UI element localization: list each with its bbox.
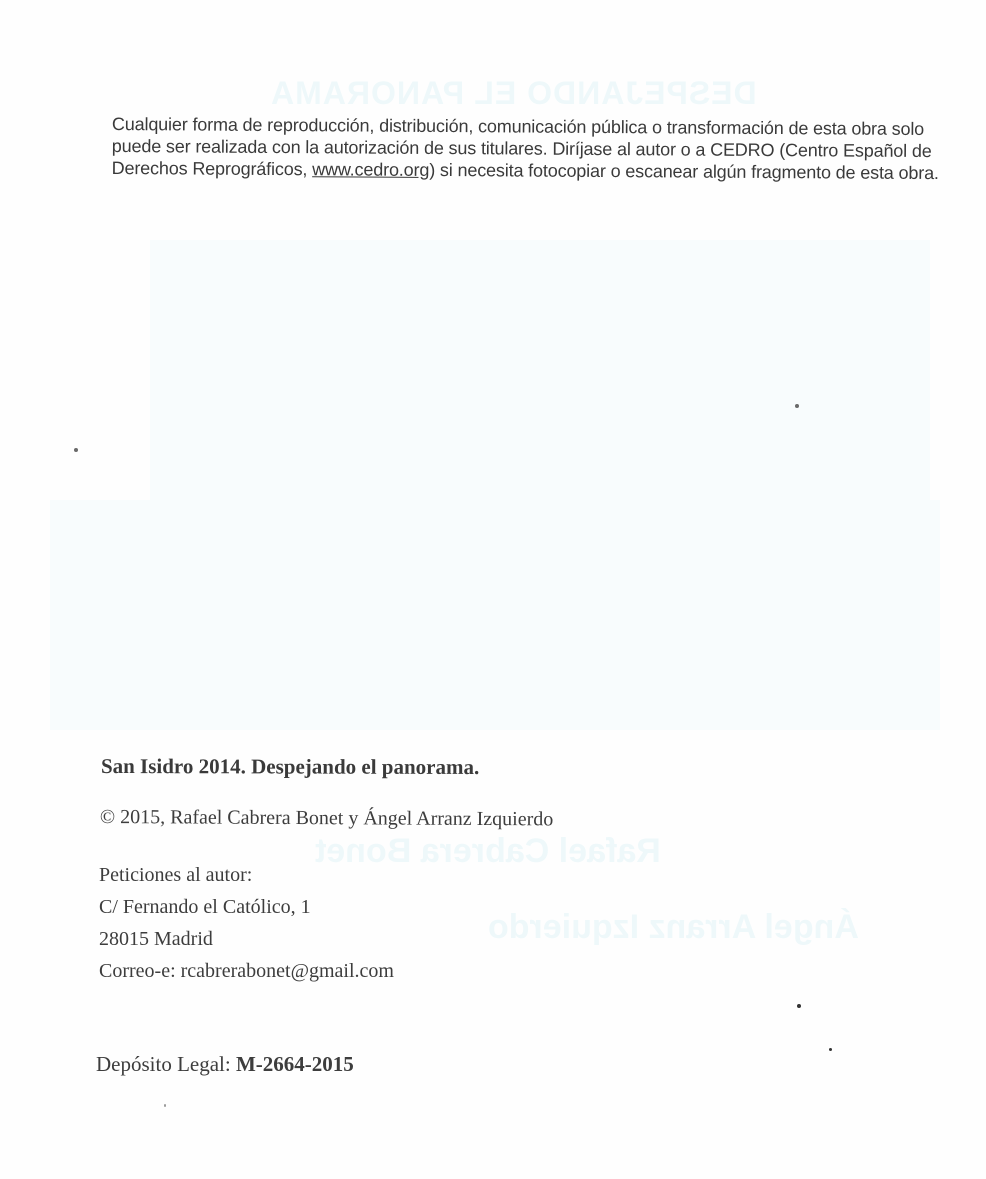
show-through-author: Ángel Arranz Izquierdo — [488, 908, 859, 947]
scan-speck — [795, 404, 799, 408]
email-address[interactable]: rcabrerabonet@gmail.com — [181, 960, 394, 982]
scan-speck — [164, 1104, 166, 1107]
show-through-title: DESPEJANDO EL PANORAMA — [270, 75, 757, 112]
legal-deposit-label: Depósito Legal: — [96, 1052, 236, 1076]
scan-speck — [829, 1048, 832, 1051]
page: DESPEJANDO EL PANORAMA Rafael Cabrera Bo… — [0, 0, 986, 1179]
legal-deposit: Depósito Legal: M-2664-2015 — [96, 1052, 354, 1077]
show-through-area — [50, 500, 940, 730]
legal-deposit-number: M-2664-2015 — [236, 1052, 354, 1076]
show-through-area — [150, 240, 930, 500]
scan-speck — [74, 448, 78, 452]
address-city: 28015 Madrid — [99, 923, 394, 955]
copyright-notice: Cualquier forma de reproducción, distrib… — [112, 113, 944, 184]
copyright-line: © 2015, Rafael Cabrera Bonet y Ángel Arr… — [100, 806, 553, 831]
email-line: Correo-e: rcabrerabonet@gmail.com — [99, 955, 394, 987]
address-street: C/ Fernando el Católico, 1 — [99, 891, 394, 923]
book-title: San Isidro 2014. Despejando el panorama. — [101, 754, 479, 780]
notice-text-end: ) si necesita fotocopiar o escanear algú… — [429, 160, 939, 183]
scan-speck — [797, 1004, 801, 1008]
contact-heading: Peticiones al autor: — [99, 859, 394, 891]
author-contact: Peticiones al autor: C/ Fernando el Cató… — [99, 859, 394, 987]
cedro-link[interactable]: www.cedro.org — [312, 159, 429, 180]
email-label: Correo-e: — [99, 960, 181, 982]
